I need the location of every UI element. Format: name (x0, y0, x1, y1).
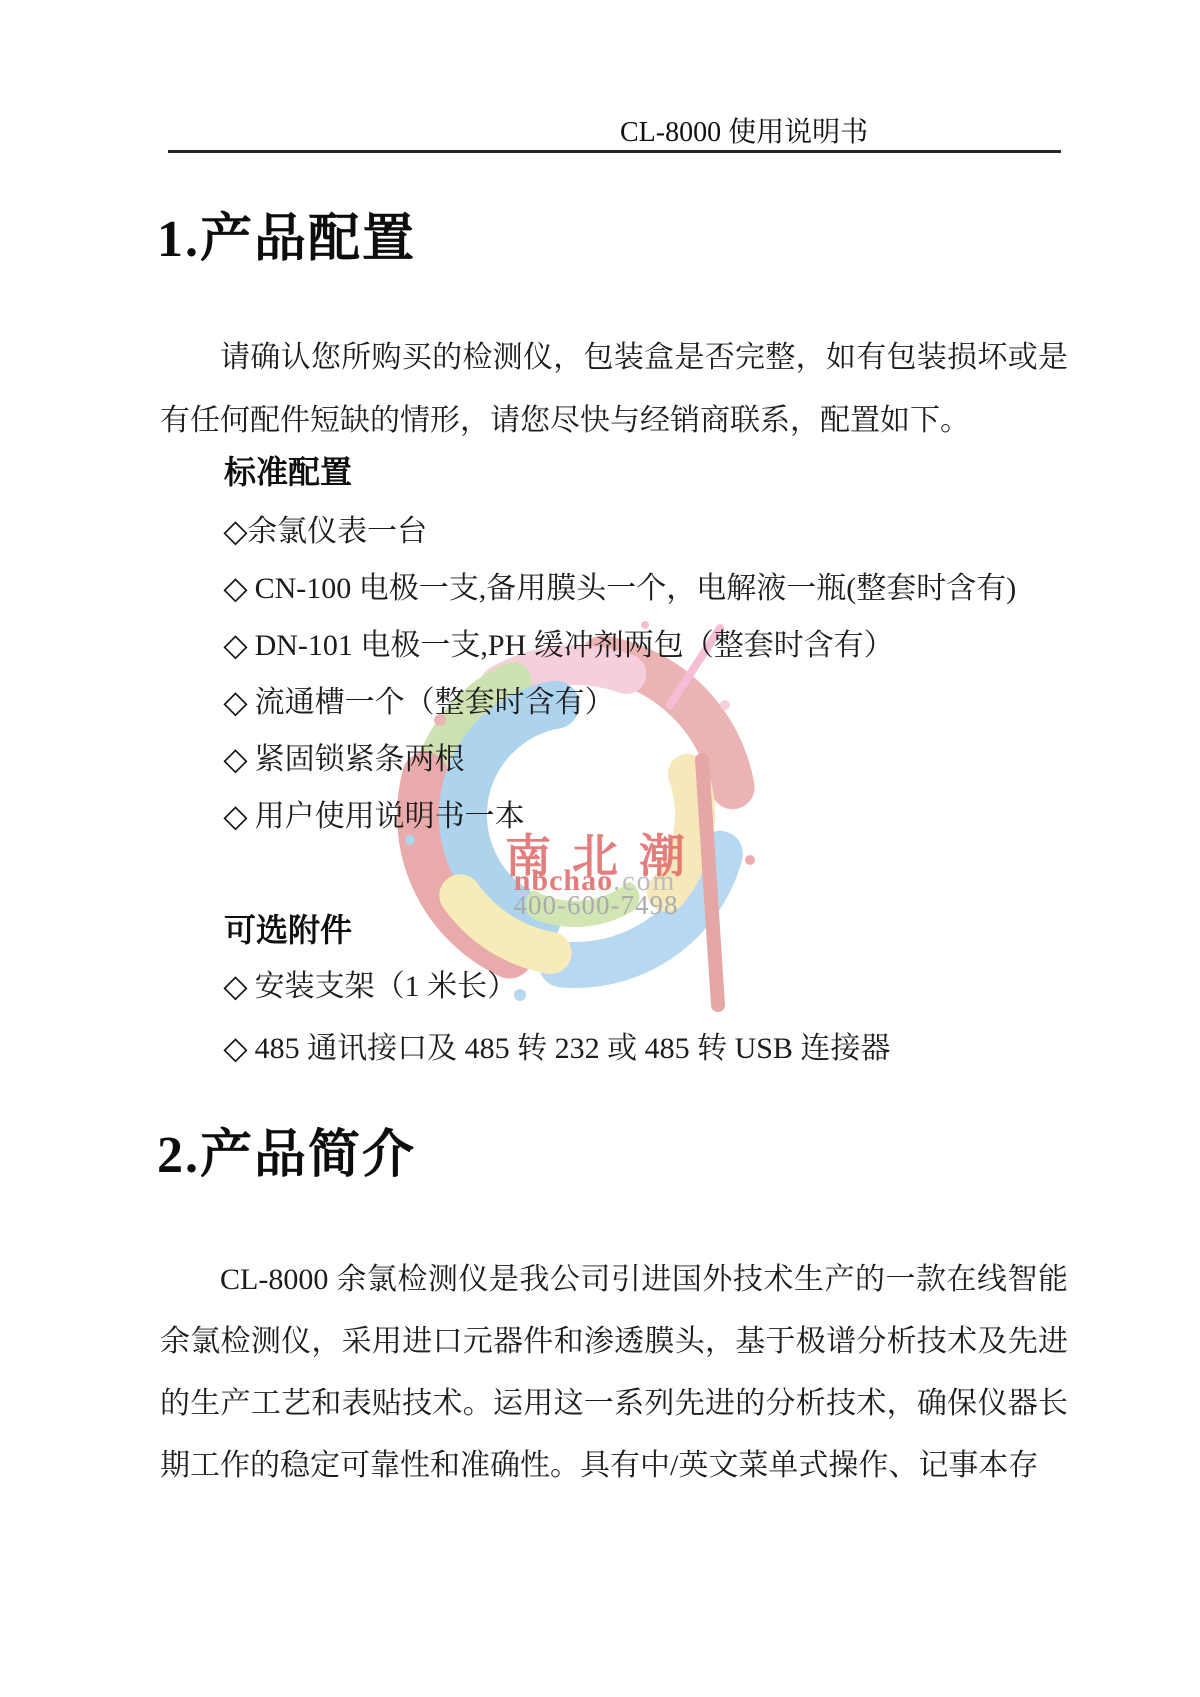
list-item-text: DN-101 电极一支,PH 缓冲剂两包（整套时含有） (247, 629, 894, 662)
list-item-text: 流通槽一个（整套时含有） (247, 686, 615, 719)
list-item: ◇ 485 通讯接口及 485 转 232 或 485 转 USB 连接器 (224, 1018, 890, 1080)
page-content: CL-8000 使用说明书 1.产品配置 请确认您所购买的检测仪，包装盒是否完整… (0, 0, 1200, 1697)
diamond-bullet-icon: ◇ (223, 730, 247, 790)
diamond-bullet-icon: ◇ (223, 787, 247, 847)
list-item-text: 紧固锁紧条两根 (247, 743, 465, 776)
list-item: ◇ 安装支架（1 米长） (224, 956, 890, 1018)
standard-config-heading: 标准配置 (224, 454, 352, 490)
list-item: ◇ CN-100 电极一支,备用膜头一个，电解液一瓶(整套时含有) (224, 560, 1016, 617)
section-1-heading: 1.产品配置 (157, 210, 416, 270)
standard-config-list: ◇余氯仪表一台 ◇ CN-100 电极一支,备用膜头一个，电解液一瓶(整套时含有… (224, 503, 1016, 845)
list-item-text: CN-100 电极一支,备用膜头一个，电解液一瓶(整套时含有) (247, 572, 1016, 605)
diamond-bullet-icon: ◇ (223, 673, 247, 733)
diamond-bullet-icon: ◇ (223, 616, 247, 676)
section-2-body: CL-8000 余氯检测仪是我公司引进国外技术生产的一款在线智能余氯检测仪，采用… (160, 1249, 1068, 1497)
header-rule (168, 150, 1061, 153)
list-item-text: 用户使用说明书一本 (247, 800, 525, 833)
optional-accessories-heading: 可选附件 (224, 912, 352, 948)
list-item: ◇ 流通槽一个（整套时含有） (224, 674, 1016, 731)
section-1-intro: 请确认您所购买的检测仪，包装盒是否完整，如有包装损坏或是有任何配件短缺的情形，请… (160, 326, 1068, 452)
list-item-text: 余氯仪表一台 (247, 515, 427, 548)
section-2-heading: 2.产品简介 (157, 1126, 416, 1186)
list-item: ◇ 紧固锁紧条两根 (224, 731, 1016, 788)
list-item: ◇ 用户使用说明书一本 (224, 788, 1016, 845)
list-item-text: 485 通讯接口及 485 转 232 或 485 转 USB 连接器 (247, 1032, 890, 1065)
manual-page: 南北潮 nbchao.com 400-600-7498 CL-8000 使用说明… (0, 0, 1200, 1697)
diamond-bullet-icon: ◇ (223, 559, 247, 619)
diamond-bullet-icon: ◇ (223, 954, 247, 1019)
diamond-bullet-icon: ◇ (223, 1016, 247, 1081)
list-item: ◇余氯仪表一台 (224, 503, 1016, 560)
list-item: ◇ DN-101 电极一支,PH 缓冲剂两包（整套时含有） (224, 617, 1016, 674)
header-title: CL-8000 使用说明书 (620, 117, 868, 149)
list-item-text: 安装支架（1 米长） (247, 970, 517, 1003)
optional-accessories-list: ◇ 安装支架（1 米长） ◇ 485 通讯接口及 485 转 232 或 485… (224, 956, 890, 1080)
diamond-bullet-icon: ◇ (223, 502, 247, 562)
